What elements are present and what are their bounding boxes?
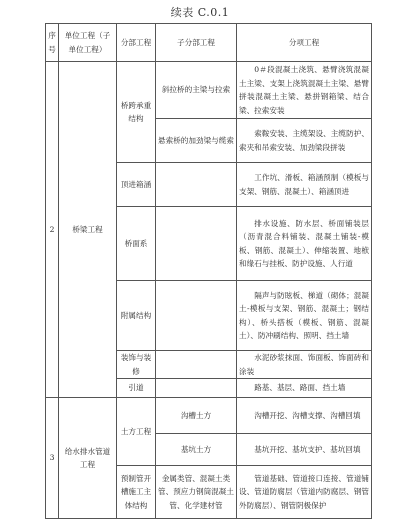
subdivision-cell: [156, 207, 237, 281]
subdivision-cell: 悬索桥的加劲梁与缆索: [156, 119, 237, 163]
header-unit: 单位工程（子单位工程）: [59, 24, 117, 62]
item-cell: 管道基础、管道接口连接、管道铺设、管道防腐层（管道内防腐层、钢管外防腐层）、钢管…: [237, 466, 372, 519]
table-row: 3 给水排水管道工程 土方工程 沟槽土方 沟槽开挖、沟槽支撑、沟槽回填: [46, 398, 372, 434]
division-cell: 预制管开槽施工主体结构: [117, 466, 156, 519]
table-row: 2 桥梁工程 桥跨承重结构 斜拉桥的主梁与拉索 0＃段混凝土浇筑、悬臂浇筑混凝土…: [46, 62, 372, 119]
subdivision-cell: 基坑土方: [156, 434, 237, 466]
header-division: 分部工程: [117, 24, 156, 62]
subdivision-cell: [156, 163, 237, 207]
division-cell: 附属结构: [117, 281, 156, 351]
item-cell: 沟槽开挖、沟槽支撑、沟槽回填: [237, 398, 372, 434]
division-cell: 装饰与装修: [117, 351, 156, 379]
engineering-division-table: 序号 单位工程（子单位工程） 分部工程 子分部工程 分项工程 2 桥梁工程 桥跨…: [45, 23, 372, 519]
subdivision-cell: [156, 351, 237, 379]
subdivision-cell: 金属类管、混凝土类管、预应力钢筒混凝土管、化学建材管: [156, 466, 237, 519]
header-row: 序号 单位工程（子单位工程） 分部工程 子分部工程 分项工程: [46, 24, 372, 62]
item-cell: 索鞍安装、主缆架设、主缆防护、索夹和吊索安装、加劲梁段拼装: [237, 119, 372, 163]
subdivision-cell: 斜拉桥的主梁与拉索: [156, 62, 237, 119]
table-caption: 续表 C.0.1: [0, 4, 400, 20]
subdivision-cell: [156, 379, 237, 398]
seq-cell: 2: [46, 62, 59, 398]
header-seq: 序号: [46, 24, 59, 62]
item-cell: 隔声与防眩板、梯道（砌体；混凝土-模板与支架、钢筋、混凝土；钢结构）、桥头搭板（…: [237, 281, 372, 351]
item-cell: 工作坑、滑板、箱涵预制（模板与支架、钢筋、混凝土）、箱涵顶进: [237, 163, 372, 207]
division-cell: 桥跨承重结构: [117, 62, 156, 163]
header-subdivision: 子分部工程: [156, 24, 237, 62]
division-cell: 顶进箱涵: [117, 163, 156, 207]
header-item: 分项工程: [237, 24, 372, 62]
division-cell: 桥面系: [117, 207, 156, 281]
item-cell: 路基、基层、路面、挡土墙: [237, 379, 372, 398]
item-cell: 水泥砂浆抹面、饰面板、饰面砖和涂装: [237, 351, 372, 379]
division-cell: 土方工程: [117, 398, 156, 466]
item-cell: 基坑开挖、基坑支护、基坑回填: [237, 434, 372, 466]
division-cell: 引道: [117, 379, 156, 398]
unit-cell: 桥梁工程: [59, 62, 117, 398]
item-cell: 排水设施、防水层、桥面铺装层（沥青混合料铺装、混凝土铺装-模板、钢筋、混凝土）、…: [237, 207, 372, 281]
seq-cell: 3: [46, 398, 59, 519]
item-cell: 0＃段混凝土浇筑、悬臂浇筑混凝土主梁、支架上浇筑混凝土主梁、悬臂拼装混凝土主梁、…: [237, 62, 372, 119]
subdivision-cell: [156, 281, 237, 351]
subdivision-cell: 沟槽土方: [156, 398, 237, 434]
unit-cell: 给水排水管道工程: [59, 398, 117, 519]
